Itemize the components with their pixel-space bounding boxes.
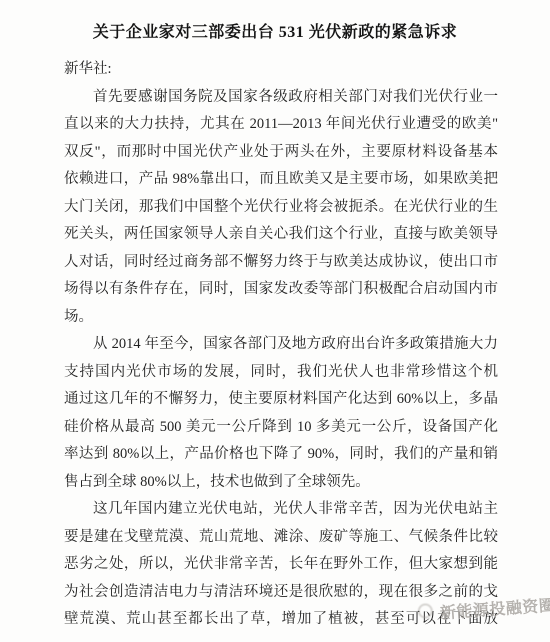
text-line: 售占到全球 80%以上，技术也做到了全球领先。 — [64, 469, 498, 497]
text-line: 大门关闭，那我们中国整个光伏行业将会被扼杀。在光伏行业的生 — [64, 194, 498, 222]
document-page: 关于企业家对三部委出台 531 光伏新政的紧急诉求 新华社:首先要感谢国务院及国… — [0, 0, 550, 642]
text-line: 人对话，同时经过商务部不懈努力终于与欧美达成协议，使出口市 — [64, 249, 498, 277]
text-line: 场得以有条件存在，同时，国家发改委等部门积极配合启动国内市 — [64, 276, 498, 304]
text-line: 率达到 80%以上，产品价格也下降了 90%，同时，我们的产量和销 — [64, 441, 498, 469]
text-line: 要是建在戈壁荒漠、荒山荒地、滩涂、废矿等施工、气候条件比较 — [64, 524, 498, 552]
document-body: 新华社:首先要感谢国务院及国家各级政府相关部门对我们光伏行业一直以来的大力扶持，… — [64, 56, 498, 634]
watermark-logo-icon — [417, 603, 433, 619]
text-line: 支持国内光伏市场的发展，同时，我们光伏人也非常珍惜这个机会， — [64, 359, 498, 387]
text-line: 死关头，两任国家领导人亲自关心我们这个行业，直接与欧美领导 — [64, 221, 498, 249]
text-line: 场。 — [64, 304, 498, 332]
text-line: 从 2014 年至今，国家各部门及地方政府出台许多政策措施大力 — [64, 331, 498, 359]
text-line: 通过这几年的不懈努力，使主要原材料国产化达到 60%以上，多晶 — [64, 386, 498, 414]
text-line: 首先要感谢国务院及国家各级政府相关部门对我们光伏行业一 — [64, 84, 498, 112]
document-title: 关于企业家对三部委出台 531 光伏新政的紧急诉求 — [0, 19, 550, 42]
text-line: 依赖进口，产品 98%靠出口，而且欧美又是主要市场，如果欧美把 — [64, 166, 498, 194]
watermark-text: 新能源投融资圈 — [439, 597, 550, 622]
text-line: 这几年国内建立光伏电站，光伏人非常辛苦，因为光伏电站主 — [64, 496, 498, 524]
text-line: 恶劣之处，所以，光伏非常辛苦，长年在野外工作，但大家想到能 — [64, 551, 498, 579]
text-line: 硅价格从最高 500 美元一公斤降到 10 多美元一公斤，设备国产化 — [64, 414, 498, 442]
text-line: 直以来的大力扶持，尤其在 2011—2013 年间光伏行业遭受的欧美" — [64, 111, 498, 139]
text-line: 新华社: — [64, 56, 498, 84]
text-line: 双反"，而那时中国光伏产业处于两头在外，主要原材料设备基本 — [64, 139, 498, 167]
